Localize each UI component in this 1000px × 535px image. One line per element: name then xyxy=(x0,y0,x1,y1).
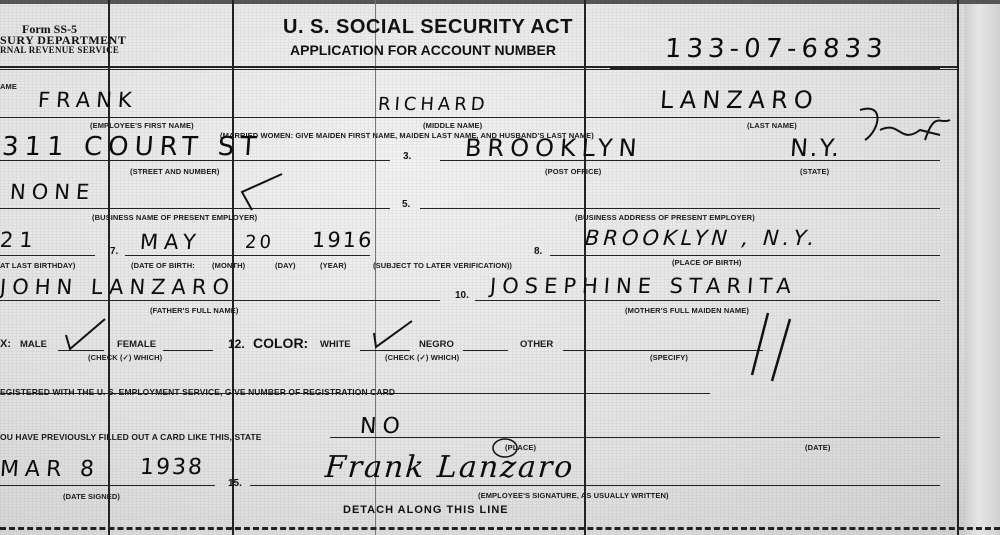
employer-name-value: NONE xyxy=(9,180,96,204)
margin-annotation-mark xyxy=(840,100,960,160)
age-value: 21 xyxy=(0,228,40,252)
age-label: AT LAST BIRTHDAY) xyxy=(0,261,75,270)
dob-label: (DATE OF BIRTH: xyxy=(131,261,195,270)
previous-card-label: OU HAVE PREVIOUSLY FILLED OUT A CARD LIK… xyxy=(0,432,262,442)
color-other-label: OTHER xyxy=(520,339,553,350)
employer-address-label: (BUSINESS ADDRESS OF PRESENT EMPLOYER) xyxy=(575,213,755,222)
name-prefix-label: AME xyxy=(0,82,17,91)
page-edge xyxy=(965,0,1000,535)
father-value: JOHN LANZARO xyxy=(0,275,236,299)
rule-name xyxy=(0,117,940,118)
sex-check-label: (CHECK (✓) WHICH) xyxy=(88,353,162,362)
mother-value: JOSEPHINE STARITA xyxy=(489,274,798,298)
male-checkmark xyxy=(60,315,110,355)
dob-verify-label: (SUBJECT TO LATER VERIFICATION)) xyxy=(373,261,512,270)
last-name-value: LANZARO xyxy=(659,86,820,114)
birthplace-label: (PLACE OF BIRTH) xyxy=(672,258,742,267)
post-office-label: (POST OFFICE) xyxy=(545,167,601,176)
date-signed-year: 1938 xyxy=(139,455,205,480)
rule-employer xyxy=(0,208,390,209)
date-signed-day: 8 xyxy=(79,457,101,482)
account-underline xyxy=(610,66,940,69)
employment-service-label: EGISTERED WITH THE U. S. EMPLOYMENT SERV… xyxy=(0,387,395,397)
middle-name-label: (MIDDLE NAME) xyxy=(423,121,482,130)
previous-date-label: (DATE) xyxy=(805,443,830,452)
street-label: (STREET AND NUMBER) xyxy=(130,167,220,176)
last-name-label: (LAST NAME) xyxy=(747,121,797,130)
date-signed-month: MAR xyxy=(0,457,68,482)
first-name-value: FRANK xyxy=(37,88,138,112)
dob-day-label: (DAY) xyxy=(275,261,296,270)
rule-dob xyxy=(125,255,370,256)
application-title: APPLICATION FOR ACCOUNT NUMBER xyxy=(290,42,556,58)
rule-age xyxy=(0,255,95,256)
fold-line xyxy=(584,0,586,535)
rule-date-signed xyxy=(0,485,215,486)
color-prefix: COLOR: xyxy=(253,335,308,351)
color-specify-label: (SPECIFY) xyxy=(650,353,688,362)
employee-signature: Frank Lanzaro xyxy=(324,450,576,485)
act-title: U. S. SOCIAL SECURITY ACT xyxy=(283,16,573,39)
rule-birthplace xyxy=(550,255,940,256)
dob-month-label: (MONTH) xyxy=(212,261,245,270)
account-number: 133-07-6833 xyxy=(664,34,889,64)
color-number: 12. xyxy=(228,337,245,351)
birthplace-value: BROOKLYN , N.Y. xyxy=(584,226,819,250)
state-label: (STATE) xyxy=(800,167,829,176)
mother-number: 10. xyxy=(455,290,469,301)
dob-year-value: 1916 xyxy=(311,228,374,252)
check-scribble xyxy=(230,170,290,215)
date-signed-label: (DATE SIGNED) xyxy=(63,492,120,501)
mother-label: (MOTHER'S FULL MAIDEN NAME) xyxy=(625,306,749,315)
birthplace-number: 8. xyxy=(534,246,542,257)
post-office-value: BROOKLYN xyxy=(464,134,643,162)
dob-number: 7. xyxy=(110,246,118,257)
other-blank[interactable] xyxy=(563,350,763,351)
fold-line xyxy=(108,0,110,535)
color-check-label: (CHECK (✓) WHICH) xyxy=(385,353,459,362)
father-label: (FATHER'S FULL NAME) xyxy=(150,306,239,315)
state-value: N.Y. xyxy=(789,134,842,162)
detach-instruction: DETACH ALONG THIS LINE xyxy=(343,504,509,516)
rule-mother xyxy=(475,300,940,301)
top-border xyxy=(0,0,1000,4)
employer-name-label: (BUSINESS NAME OF PRESENT EMPLOYER) xyxy=(92,213,257,222)
sex-female-label: FEMALE xyxy=(117,339,156,350)
detach-line xyxy=(0,527,1000,530)
rule-previous xyxy=(330,437,940,438)
first-name-label: (EMPLOYEE'S FIRST NAME) xyxy=(90,121,194,130)
middle-name-value: RICHARD xyxy=(377,94,489,115)
sex-prefix: X: xyxy=(0,338,11,350)
color-white-label: WHITE xyxy=(320,339,351,350)
female-blank[interactable] xyxy=(163,350,213,351)
slash-marks xyxy=(740,305,810,385)
street-value: 311 COURT ST xyxy=(1,132,263,162)
rule-employer-address xyxy=(420,208,940,209)
form-right-border xyxy=(957,0,959,535)
sex-male-label: MALE xyxy=(20,339,47,350)
dob-day-value: 20 xyxy=(244,232,274,253)
previous-card-value: NO xyxy=(359,414,407,439)
signature-number: 15. xyxy=(228,478,242,489)
post-office-number: 3. xyxy=(403,151,411,162)
employer-address-number: 5. xyxy=(402,199,410,210)
header-rule xyxy=(0,69,957,70)
color-negro-label: NEGRO xyxy=(419,339,454,350)
dob-year-label: (YEAR) xyxy=(320,261,346,270)
white-checkmark xyxy=(368,315,418,355)
signature-label: (EMPLOYEE'S SIGNATURE, AS USUALLY WRITTE… xyxy=(478,491,669,500)
negro-blank[interactable] xyxy=(463,350,508,351)
dob-month-value: MAY xyxy=(139,230,202,254)
rule-father xyxy=(0,300,440,301)
rule-signature xyxy=(250,485,940,486)
service-name: RNAL REVENUE SERVICE xyxy=(0,45,119,55)
